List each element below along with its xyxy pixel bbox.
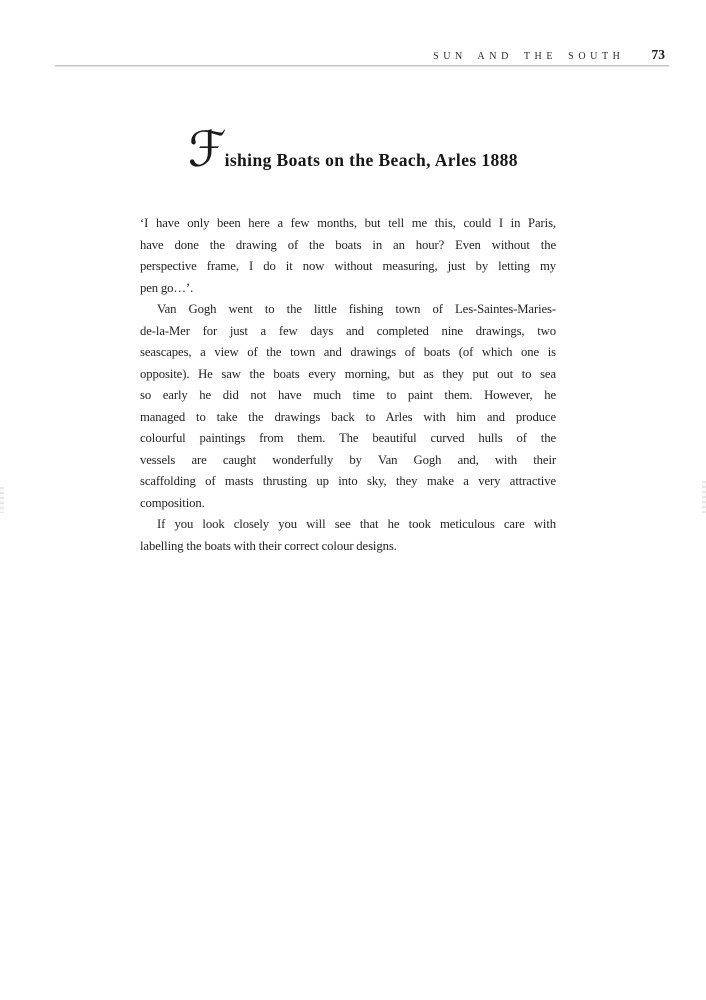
text-line: have done the drawing of the boats in an… [140, 235, 556, 257]
running-title: SUN AND THE SOUTH [433, 51, 624, 62]
text-line: opposite). He saw the boats every mornin… [140, 364, 556, 386]
text-line: labelling the boats with their correct c… [140, 536, 556, 558]
paragraph: ‘I have only been here a few months, but… [140, 213, 556, 299]
scan-artifact-right [702, 481, 706, 513]
page-number: 73 [652, 47, 666, 63]
text-line: so early he did not have much time to pa… [140, 385, 556, 407]
chapter-title: ℱ ishing Boats on the Beach, Arles 1888 [0, 150, 706, 212]
text-line: If you look closely you will see that he… [140, 514, 556, 536]
header-rule [55, 65, 669, 67]
book-page: SUN AND THE SOUTH 73 ℱ ishing Boats on t… [0, 0, 706, 1000]
paragraph: If you look closely you will see that he… [140, 514, 556, 557]
chapter-title-text: ishing Boats on the Beach, Arles 1888 [225, 150, 518, 171]
text-line: perspective frame, I do it now without m… [140, 256, 556, 278]
text-line: pen go…’. [140, 278, 556, 300]
running-header: SUN AND THE SOUTH 73 [433, 47, 665, 63]
text-line: vessels are caught wonderfully by Van Go… [140, 450, 556, 472]
text-line: composition. [140, 493, 556, 515]
text-line: Van Gogh went to the little fishing town… [140, 299, 556, 321]
text-line: seascapes, a view of the town and drawin… [140, 342, 556, 364]
body-text: ‘I have only been here a few months, but… [140, 213, 556, 557]
text-line: de-la-Mer for just a few days and comple… [140, 321, 556, 343]
text-line: ‘I have only been here a few months, but… [140, 213, 556, 235]
text-line: scaffolding of masts thrusting up into s… [140, 471, 556, 493]
text-line: managed to take the drawings back to Arl… [140, 407, 556, 429]
scan-artifact-left [0, 487, 4, 513]
text-line: colourful paintings from them. The beaut… [140, 428, 556, 450]
paragraph: Van Gogh went to the little fishing town… [140, 299, 556, 514]
